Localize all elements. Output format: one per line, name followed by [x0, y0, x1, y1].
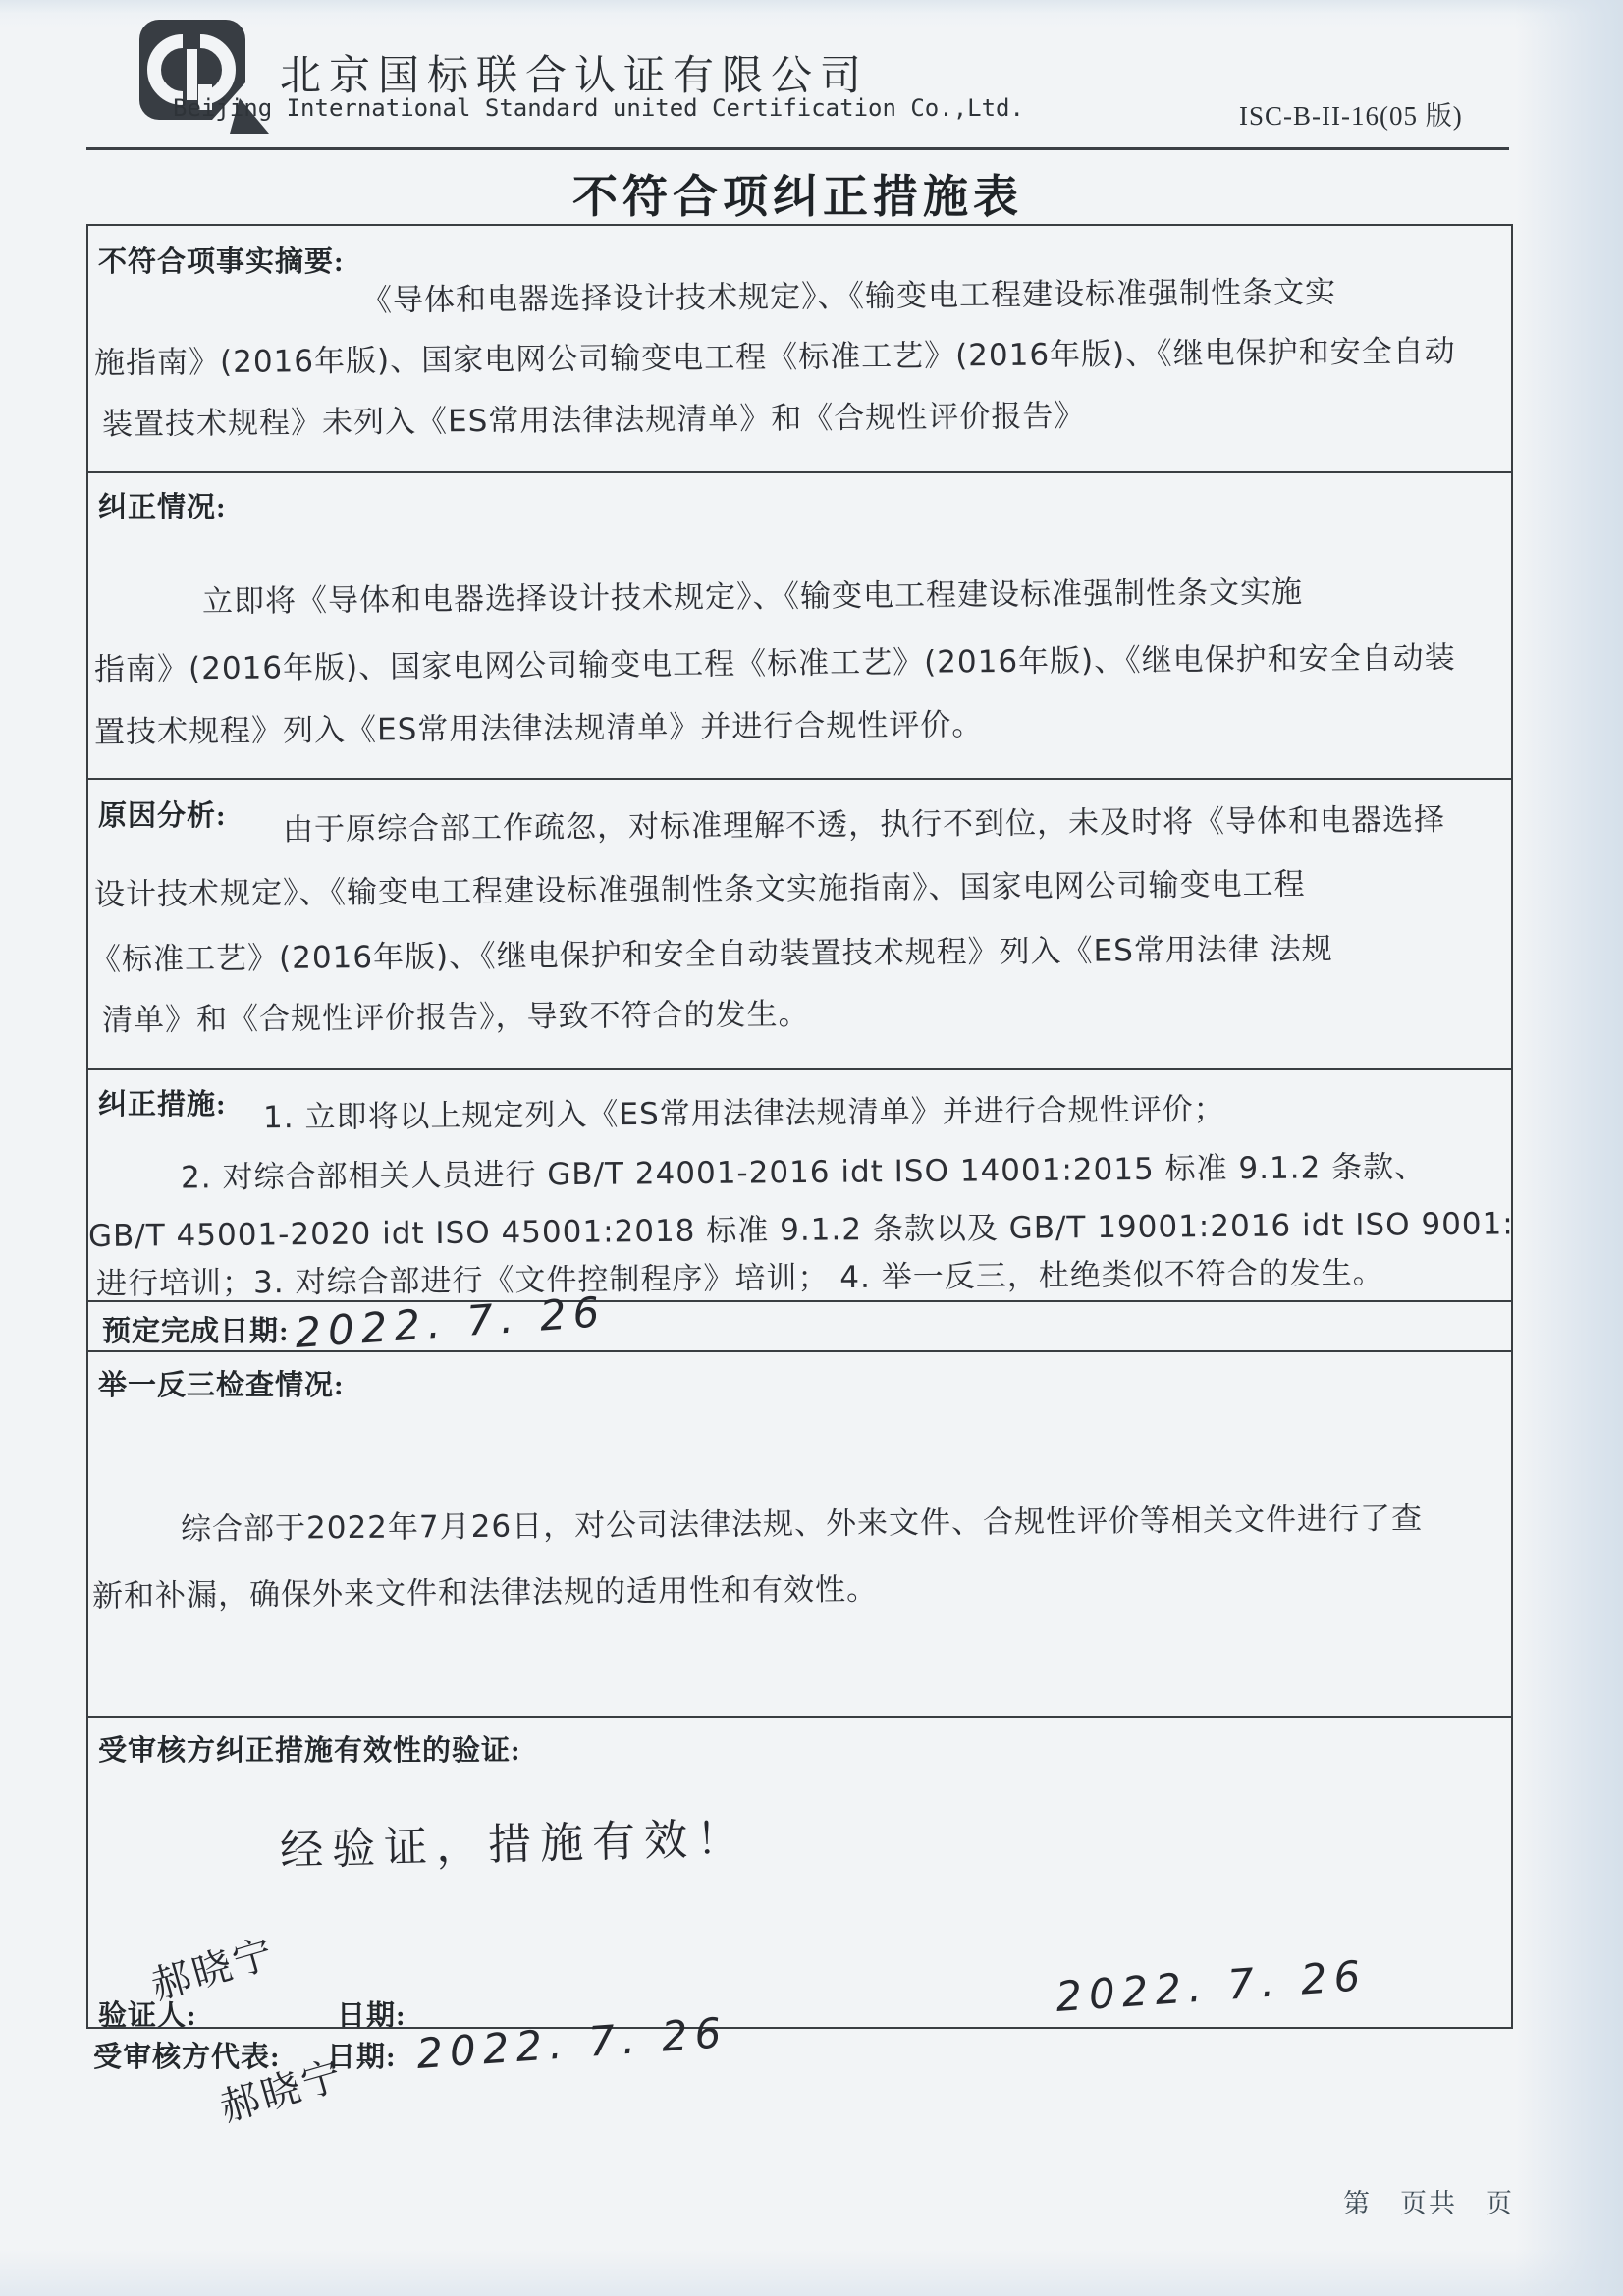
form-table: 不符合项事实摘要: 《导体和电器选择设计技术规定》、《输变电工程建设标准强制性条…: [86, 224, 1513, 2029]
header-divider: [86, 147, 1509, 150]
row-divider: [88, 1068, 1511, 1070]
row-divider: [88, 471, 1511, 473]
section-correction-status-label: 纠正情况:: [98, 485, 227, 525]
handwriting-line: 进行培训；3. 对综合部进行《文件控制程序》培训； 4. 举一反三，杜绝类似不符…: [96, 1247, 1384, 1302]
verifier-signature: 郝晓宁: [144, 1922, 282, 2010]
planned-date-label: 预定完成日期:: [102, 1309, 290, 1349]
company-name-en: Beijing International Standard united Ce…: [173, 94, 1024, 122]
section-broader-check-label: 举一反三检查情况:: [98, 1363, 345, 1403]
handwriting-line: 新和补漏，确保外来文件和法律法规的适用性和有效性。: [92, 1564, 878, 1615]
handwriting-line: 立即将《导体和电器选择设计技术规定》、《输变电工程建设标准强制性条文实施: [202, 567, 1303, 621]
verifier-date-value: 2022. 7. 26: [1055, 1951, 1369, 2021]
handwriting-line: 指南》(2016年版)、国家电网公司输变电工程《标准工艺》(2016年版)、《继…: [94, 632, 1456, 688]
handwriting-line: 1. 立即将以上规定列入《ES常用法律法规清单》并进行合规性评价；: [263, 1084, 1225, 1137]
section-summary-label: 不符合项事实摘要:: [98, 240, 345, 280]
section-verification-label: 受审核方纠正措施有效性的验证:: [98, 1728, 521, 1769]
section-cause-analysis-label: 原因分析:: [98, 793, 227, 834]
page-number-note: 第 页共 页: [1343, 2182, 1514, 2220]
handwriting-line: 装置技术规程》未列入《ES常用法律法规清单》和《合规性评价报告》: [102, 391, 1086, 444]
handwriting-line: GB/T 45001-2020 idt ISO 45001:2018 标准 9.…: [88, 1197, 1513, 1255]
verification-note: 经验证，措施有效！: [279, 1803, 749, 1878]
handwriting-line: 置技术规程》列入《ES常用法律法规清单》并进行合规性评价。: [94, 699, 984, 751]
handwriting-line: 清单》和《合规性评价报告》，导致不符合的发生。: [102, 989, 810, 1039]
page-title: 不符合项纠正措施表: [86, 161, 1509, 226]
handwriting-line: 设计技术规定》、《输变电工程建设标准强制性条文实施指南》、国家电网公司输变电工程: [94, 859, 1306, 914]
row-divider: [88, 778, 1511, 780]
handwriting-line: 施指南》(2016年版)、国家电网公司输变电工程《标准工艺》(2016年版)、《…: [94, 326, 1456, 382]
section-corrective-actions-label: 纠正措施:: [98, 1082, 227, 1122]
handwriting-line: 《标准工艺》(2016年版)、《继电保护和安全自动装置技术规程》列入《ES常用法…: [90, 923, 1333, 978]
row-divider: [88, 1716, 1511, 1718]
scan-edge-shading: [1515, 0, 1623, 2296]
company-name-cn: 北京国标联合认证有限公司: [280, 43, 869, 102]
handwriting-line: 综合部于2022年7月26日，对公司法律法规、外来文件、合规性评价等相关文件进行…: [181, 1493, 1423, 1548]
handwriting-line: 《导体和电器选择设计技术规定》、《输变电工程建设标准强制性条文实: [361, 267, 1336, 320]
handwriting-line: 由于原综合部工作疏忽，对标准理解不透，执行不到位，未及时将《导体和电器选择: [283, 794, 1445, 848]
handwriting-line: 2. 对综合部相关人员进行 GB/T 24001-2016 idt ISO 14…: [181, 1141, 1426, 1196]
verifier-date-label: 日期:: [337, 1994, 406, 2029]
form-code: ISC-B-II-16(05 版): [1239, 94, 1463, 133]
scanned-form-page: { "header": { "company_cn": "北京国标联合认证有限公…: [0, 0, 1623, 2296]
